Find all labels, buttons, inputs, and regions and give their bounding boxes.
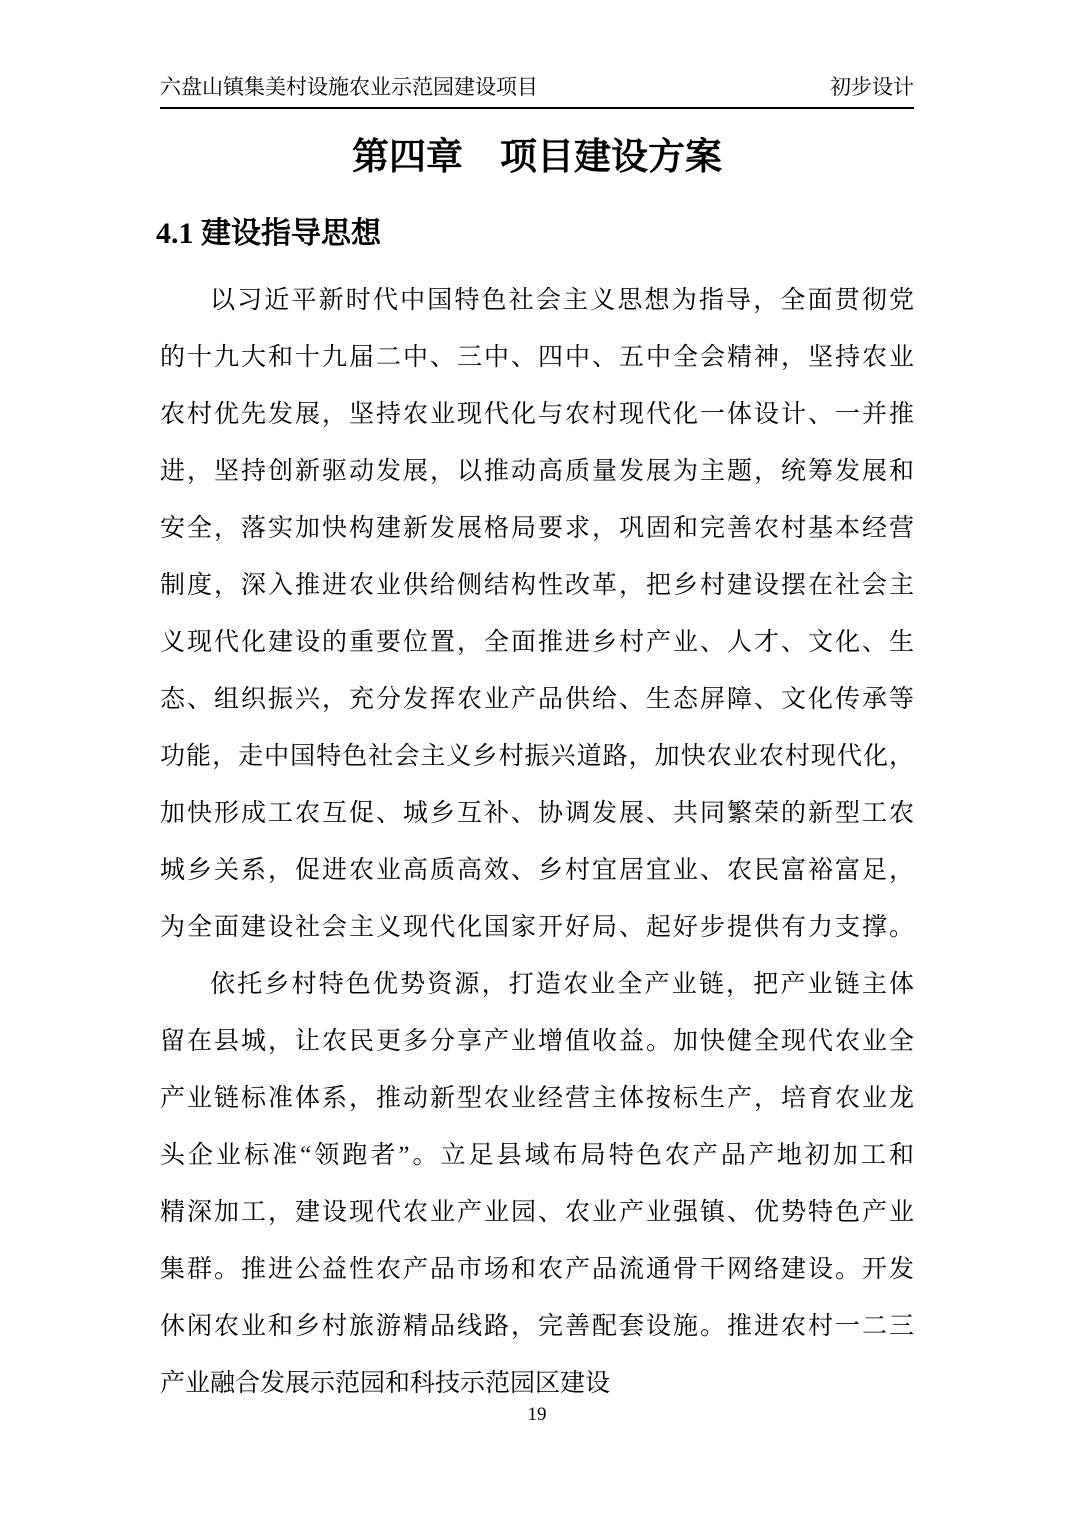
text-line: 集群。推进公益性农产品市场和农产品流通骨干网络建设。开发 <box>160 1241 914 1298</box>
chapter-title: 第四章 项目建设方案 <box>160 132 914 184</box>
page-header: 六盘山镇集美村设施农业示范园建设项目 初步设计 <box>160 74 914 109</box>
paragraph-2: 依托乡村特色优势资源，打造农业全产业链，把产业链主体 留在县城，让农民更多分享产… <box>160 956 914 1412</box>
text-line: 的十九大和十九届二中、三中、四中、五中全会精神，坚持农业 <box>160 329 914 386</box>
text-line: 头企业标准“领跑者”。立足县域布局特色农产品产地初加工和 <box>160 1127 914 1184</box>
body-text: 以习近平新时代中国特色社会主义思想为指导，全面贯彻党 的十九大和十九届二中、三中… <box>160 272 914 1412</box>
text-line: 以习近平新时代中国特色社会主义思想为指导，全面贯彻党 <box>160 272 914 329</box>
text-line: 加快形成工农互促、城乡互补、协调发展、共同繁荣的新型工农 <box>160 785 914 842</box>
text-line: 城乡关系，促进农业高质高效、乡村宜居宜业、农民富裕富足， <box>160 842 914 899</box>
text-line: 精深加工，建设现代农业产业园、农业产业强镇、优势特色产业 <box>160 1184 914 1241</box>
text-line: 功能，走中国特色社会主义乡村振兴道路，加快农业农村现代化， <box>160 728 914 785</box>
text-line: 农村优先发展，坚持农业现代化与农村现代化一体设计、一并推 <box>160 386 914 443</box>
text-line: 依托乡村特色优势资源，打造农业全产业链，把产业链主体 <box>160 956 914 1013</box>
section-heading: 4.1 建设指导思想 <box>156 210 381 258</box>
header-left-text: 六盘山镇集美村设施农业示范园建设项目 <box>160 74 538 100</box>
page-footer: 19 <box>0 1403 1074 1427</box>
paragraph-1: 以习近平新时代中国特色社会主义思想为指导，全面贯彻党 的十九大和十九届二中、三中… <box>160 272 914 956</box>
text-line: 制度，深入推进农业供给侧结构性改革，把乡村建设摆在社会主 <box>160 557 914 614</box>
text-line: 产业链标准体系，推动新型农业经营主体按标生产，培育农业龙 <box>160 1070 914 1127</box>
document-page: 六盘山镇集美村设施农业示范园建设项目 初步设计 第四章 项目建设方案 4.1 建… <box>0 0 1074 1520</box>
text-line: 留在县城，让农民更多分享产业增值收益。加快健全现代农业全 <box>160 1013 914 1070</box>
header-right-text: 初步设计 <box>830 74 914 100</box>
text-line: 休闲农业和乡村旅游精品线路，完善配套设施。推进农村一二三 <box>160 1298 914 1355</box>
text-line: 安全，落实加快构建新发展格局要求，巩固和完善农村基本经营 <box>160 500 914 557</box>
text-line: 为全面建设社会主义现代化国家开好局、起好步提供有力支撑。 <box>160 899 914 956</box>
text-line: 态、组织振兴，充分发挥农业产品供给、生态屏障、文化传承等 <box>160 671 914 728</box>
page-number: 19 <box>528 1404 547 1425</box>
text-line: 进，坚持创新驱动发展，以推动高质量发展为主题，统筹发展和 <box>160 443 914 500</box>
text-line: 义现代化建设的重要位置，全面推进乡村产业、人才、文化、生 <box>160 614 914 671</box>
